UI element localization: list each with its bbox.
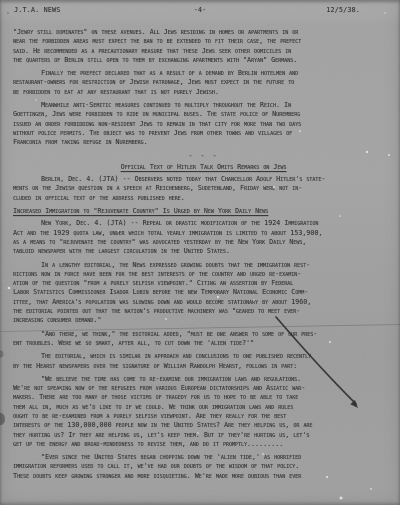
section-separator: - - - — [13, 152, 394, 161]
heading-increased-immigration: Increased Immigration to "Rejuvenate Cou… — [13, 207, 394, 216]
paragraph-anti-semitic-measures: Meanwhile anti-Semitic measures continue… — [13, 101, 394, 147]
document-body: "Jewry still dominates" on these avenues… — [0, 16, 400, 481]
heading-hitler-talk: Official Text of Hitler Talk Omits Remar… — [13, 163, 394, 172]
paragraph-and-there-we-think: "And there, we think," the editorial add… — [13, 330, 394, 349]
paragraph-berlin-continuation: "Jewry still dominates" on these avenues… — [13, 28, 394, 65]
paragraph-editorial-quote: "We believe the time has come to re-exam… — [13, 375, 394, 449]
page-date: 12/5/38. — [326, 6, 360, 15]
page-header: J.T.A. NEWS -4- 12/5/38. — [0, 0, 400, 16]
paragraph-hearst-comparison: The editorial, which is similar in appro… — [13, 352, 394, 371]
paragraph-lengthy-editorial: In a lengthy editorial, the News express… — [13, 261, 394, 326]
paragraph-prefect-restaurants: Finally the prefect declared that as a r… — [13, 69, 394, 97]
scanned-news-bulletin-page: J.T.A. NEWS -4- 12/5/38. "Jewry still do… — [0, 0, 400, 505]
paragraph-berlin-dec4: Berlin, Dec. 4. (JTA) -- Observers noted… — [13, 175, 394, 203]
publication-title: J.T.A. NEWS — [14, 6, 61, 15]
paragraph-new-york-dec4: New York, Dec. 4. (JTA) -- Repeal or dra… — [13, 219, 394, 256]
page-number: -4- — [194, 6, 207, 15]
paragraph-ever-since: "Ever since the United States began chop… — [13, 453, 394, 481]
